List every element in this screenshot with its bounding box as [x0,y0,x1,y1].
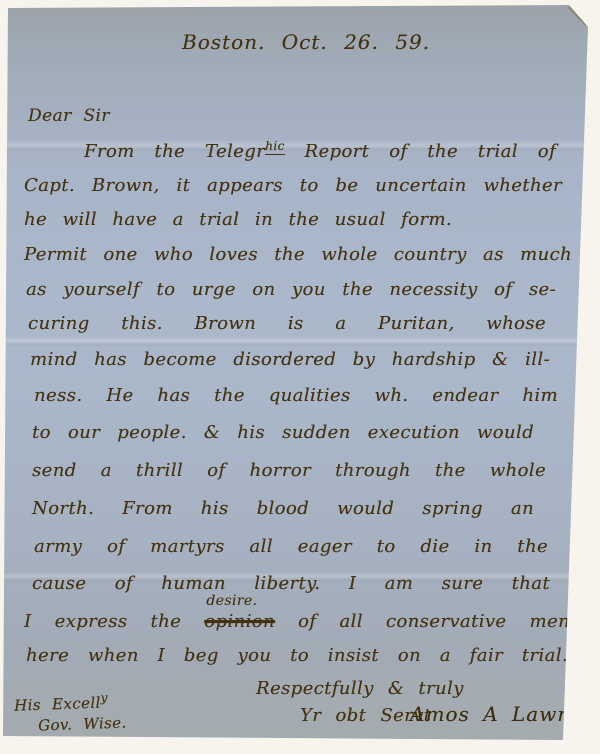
closing-line: Respectfully & truly [256,678,464,699]
body-line: send a thrill of horror through the whol… [32,461,546,485]
body-line: Capt. Brown, it appears to be uncertain … [24,176,562,200]
superscript-abbreviation: hic [265,139,285,155]
body-line: to our people. & his sudden execution wo… [32,423,534,447]
body-line: army of martyrs all eager to die in the [34,537,548,561]
body-line: he will have a trial in the usual form. [24,210,452,234]
body-text: of all conservative men [298,611,570,632]
struck-text: opinion [204,611,275,632]
body-line: mind has become disordered by hardship &… [30,350,550,374]
body-line: Permit one who loves the whole country a… [24,245,572,269]
body-line: North. From his blood would spring an [32,499,534,523]
body-text: Report of the trial of [305,141,557,162]
body-line: as yourself to urge on you the necessity… [26,280,556,304]
signature: Amos A Lawrence [410,702,600,726]
scan-background: Boston. Oct. 26. 59. Dear Sir From the T… [0,0,600,754]
body-line: ness. He has the qualities wh. endear hi… [34,386,558,410]
body-line: here when I beg you to insist on a fair … [26,646,568,670]
struck-word: opiniondesire. [204,611,275,632]
interlined-correction: desire. [206,594,257,609]
dateline: Boston. Oct. 26. 59. [182,30,430,54]
addressee-line: Gov. Wise. [38,713,127,734]
superscript-abbreviation: y [100,690,108,705]
letter-paper: Boston. Oct. 26. 59. Dear Sir From the T… [0,0,600,754]
addressee-text: His Excell [14,694,101,715]
body-line: cause of human liberty. I am sure that [32,574,550,598]
folded-corner [566,6,586,26]
body-line: From the Telegrhic Report of the trial o… [84,140,556,164]
salutation: Dear Sir [28,106,110,126]
addressee-line: His Excelly [14,690,109,714]
body-line: curing this. Brown is a Puritan, whose [28,314,546,338]
body-text: I express the [24,611,181,632]
body-line-with-correction: I express the opiniondesire. of all cons… [24,612,570,636]
body-text: From the Telegr [84,141,265,162]
